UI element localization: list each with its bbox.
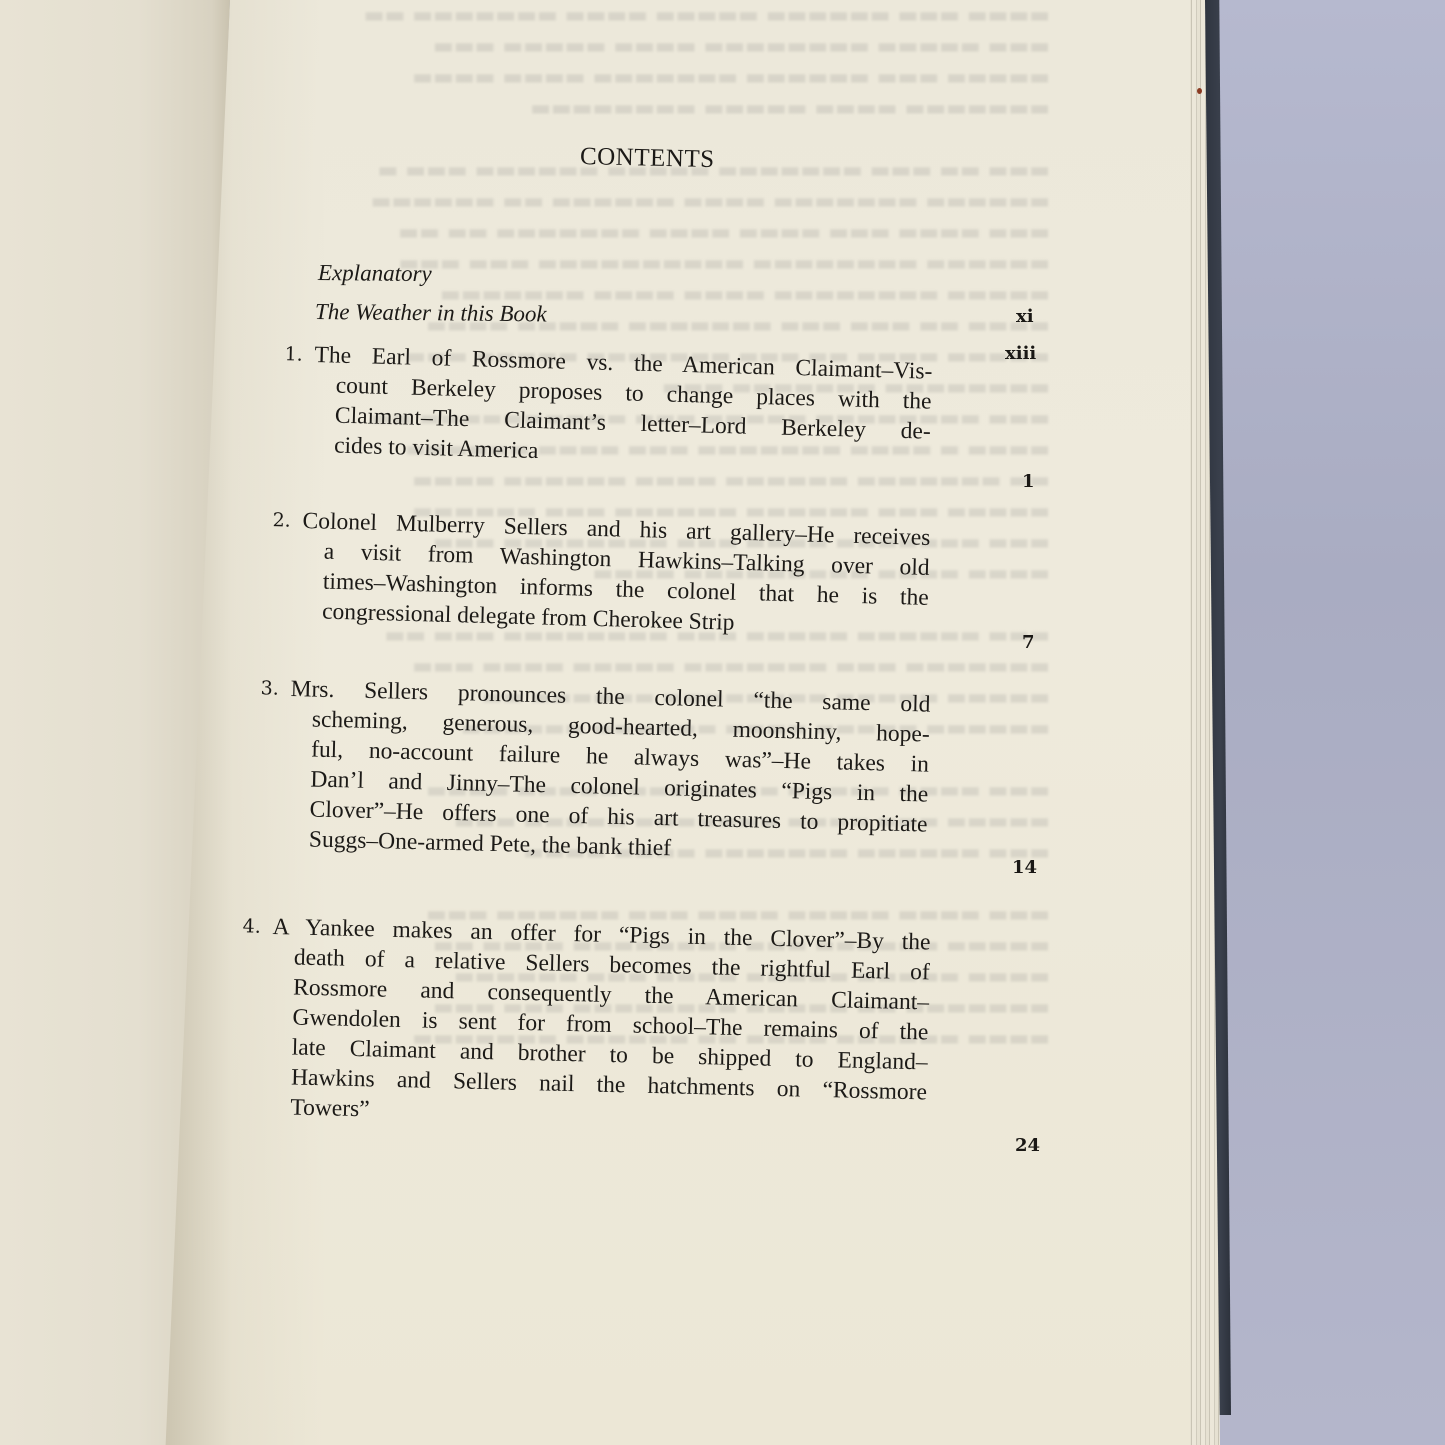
chapter-number: 1. <box>284 339 303 369</box>
chapter-number: 4. <box>242 911 261 941</box>
page-number-chapter-2: 7 <box>1022 632 1035 653</box>
page-number-explanatory-marker: xiii <box>1005 343 1036 364</box>
toc-entry-2: 2. Colonel Mulberry Sellers and his art … <box>300 506 931 643</box>
page-title: CONTENTS <box>580 143 715 174</box>
page-number-chapter-3: 14 <box>1012 857 1037 878</box>
toc-entry-4: 4. A Yankee makes an offer for “Pigs in … <box>268 912 931 1137</box>
front-matter-explanatory: Explanatory <box>318 260 432 287</box>
page-number-weather: xi <box>1016 306 1034 327</box>
chapter-number: 3. <box>260 673 279 703</box>
page-number-chapter-1: 1 <box>1022 471 1035 492</box>
table-of-contents: CONTENTS Explanatory The Weather in this… <box>0 0 1445 1445</box>
chapter-number: 2. <box>272 505 291 535</box>
page-number-chapter-4: 24 <box>1015 1135 1040 1156</box>
toc-entry-1: 1. The Earl of Rossmore vs. the American… <box>312 340 933 477</box>
front-matter-weather: The Weather in this Book <box>315 299 547 327</box>
toc-entry-3: 3. Mrs. Sellers pronounces the colonel “… <box>287 674 931 870</box>
